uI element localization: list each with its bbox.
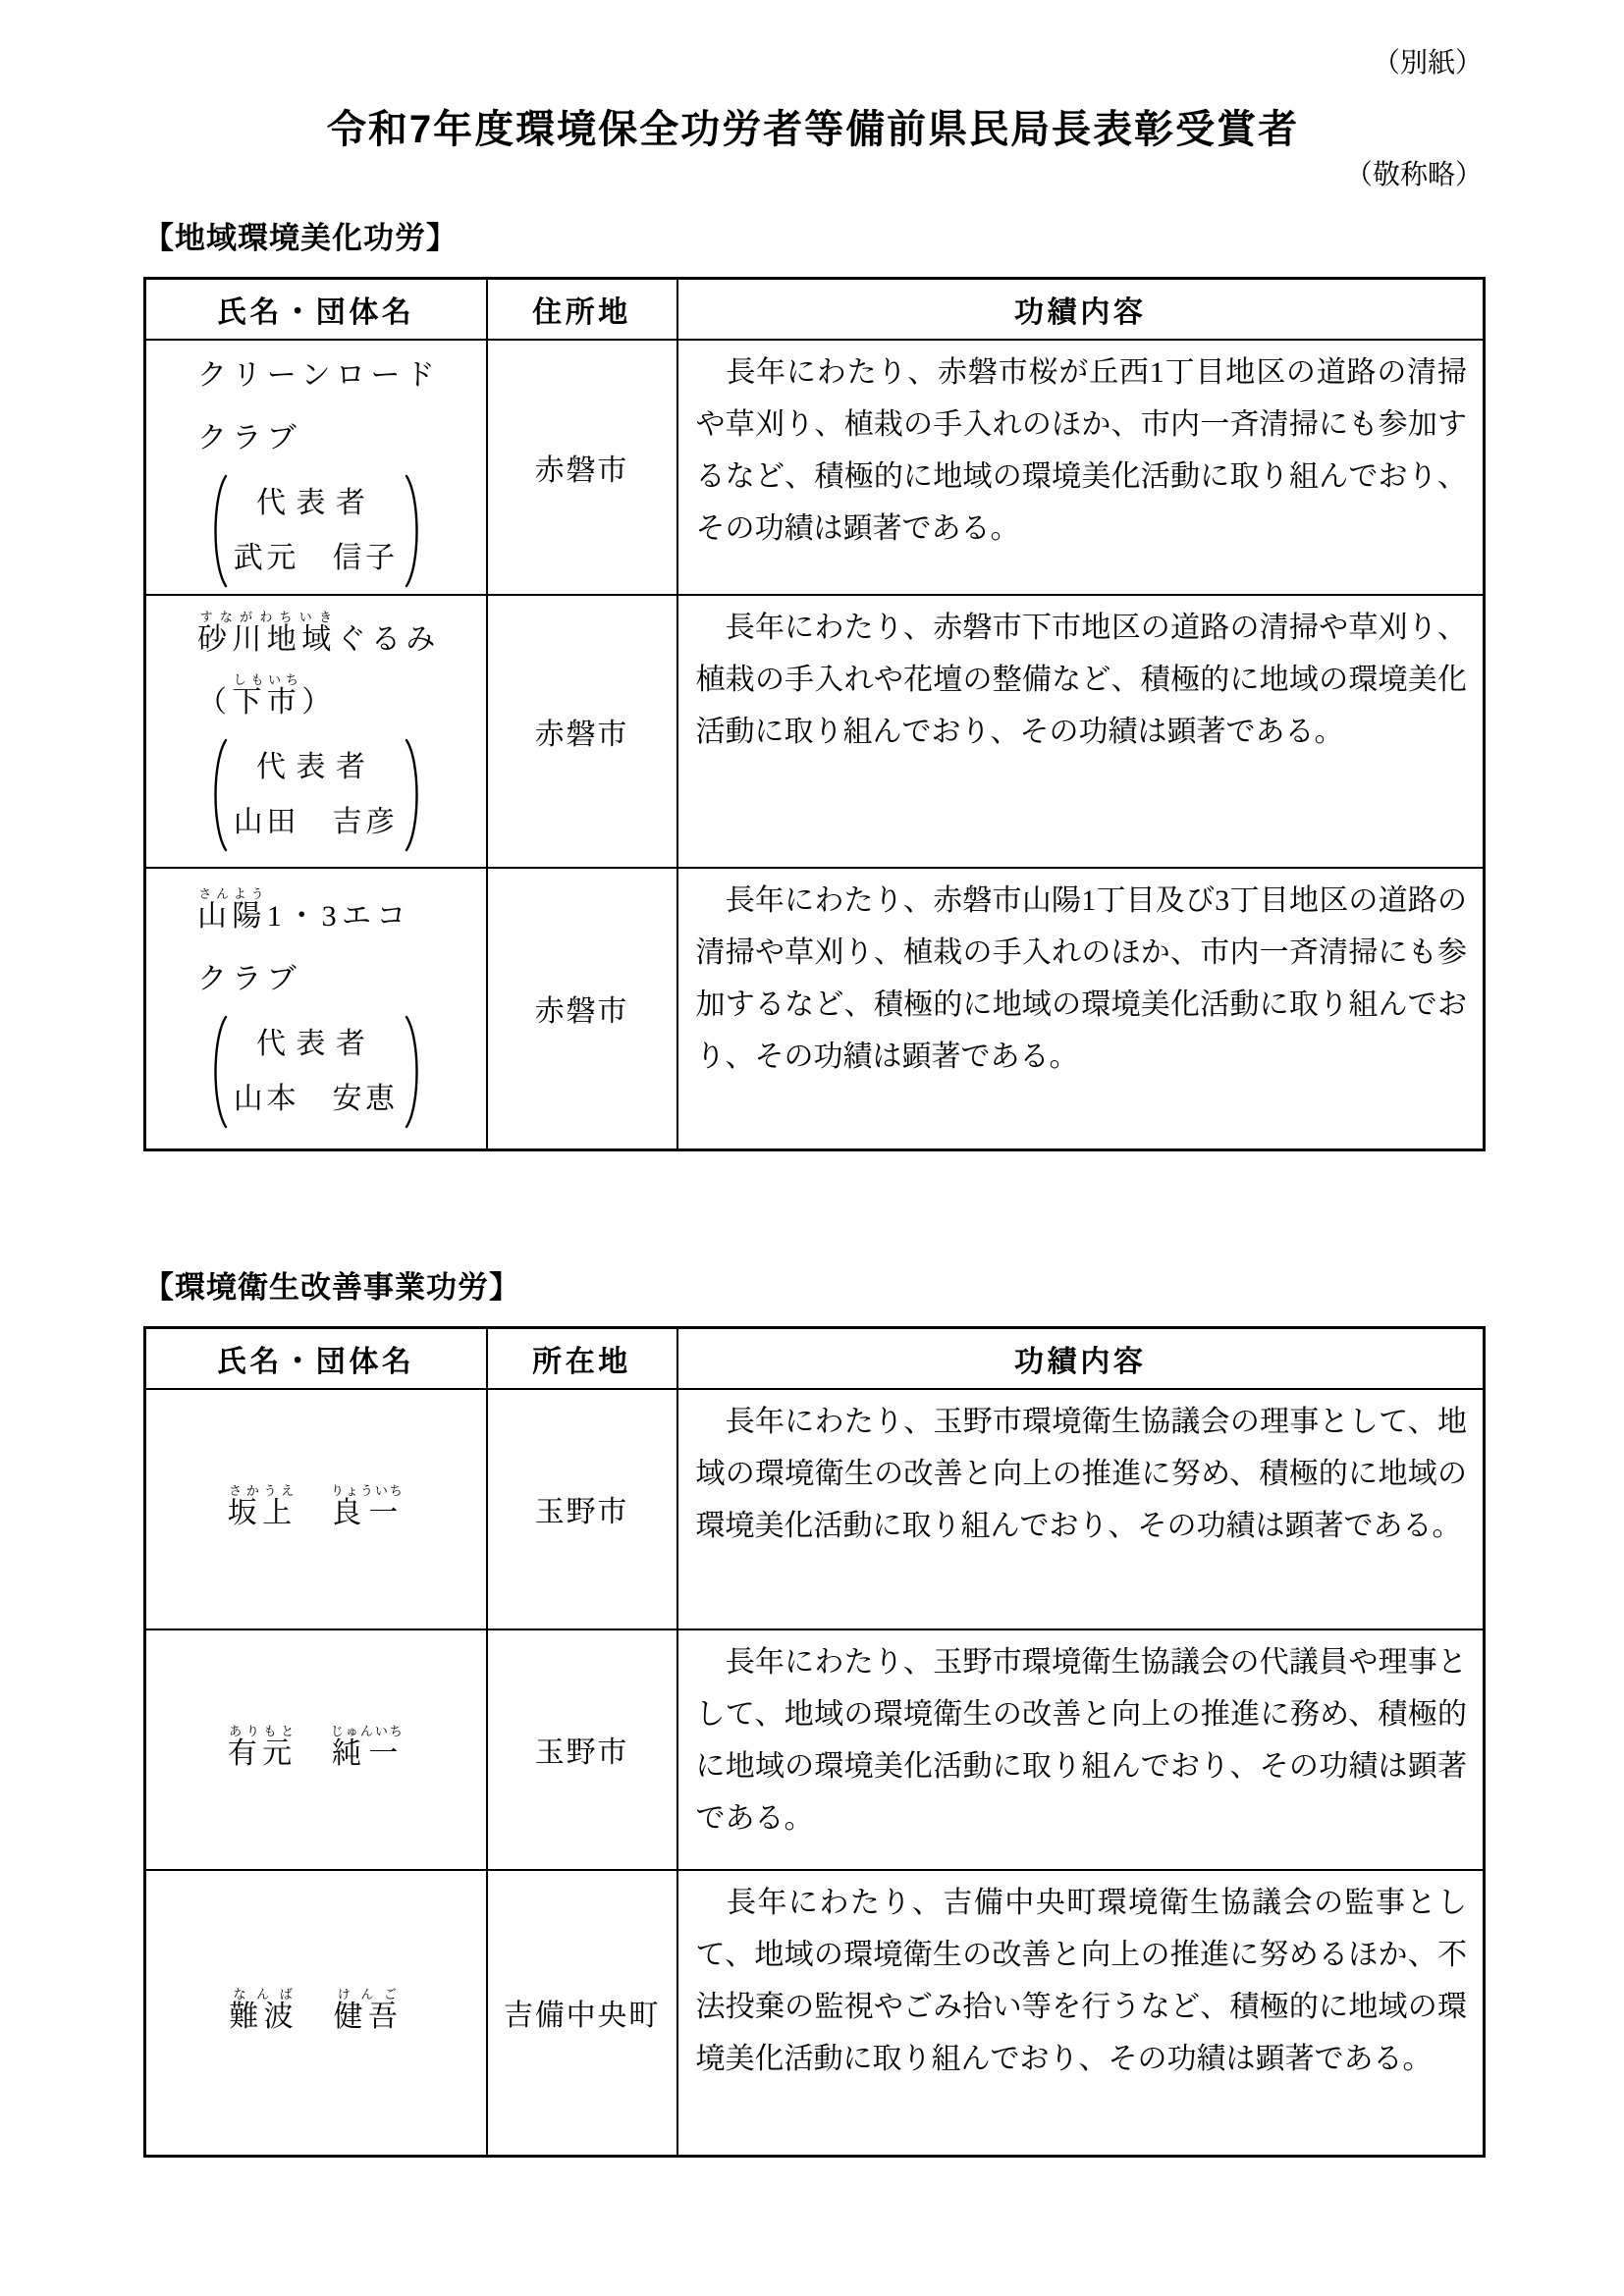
header-row: 氏名・団体名所在地功績内容 bbox=[145, 1328, 1485, 1389]
representative-block: 代表者山田 吉彦 bbox=[154, 736, 478, 854]
location-cell: 玉野市 bbox=[487, 1389, 677, 1629]
ruby-annotated-name: 純一じゅんいち bbox=[332, 1737, 405, 1770]
achievement-cell: 長年にわたり、赤磐市山陽1丁目及び3丁目地区の道路の清掃や草刈り、植栽の手入れの… bbox=[677, 868, 1485, 1150]
representative-label: 代表者 bbox=[234, 476, 399, 531]
table-header: 氏名・団体名住所地功績内容 bbox=[145, 279, 1485, 340]
organization-name-line: 砂川地域すながわちいきぐるみ bbox=[154, 609, 478, 671]
award-section: 【地域環境美化功労】氏名・団体名住所地功績内容クリーンロードクラブ代表者武元 信… bbox=[143, 218, 1483, 1151]
achievement-cell: 長年にわたり、赤磐市下市地区の道路の清掃や草刈り、植栽の手入れや花壇の整備など、… bbox=[677, 595, 1485, 868]
name-cell: 難波なんば 健吾けんご bbox=[145, 1870, 487, 2157]
representative-name: 山本 安恵 bbox=[234, 1072, 399, 1127]
location-cell: 赤磐市 bbox=[487, 595, 677, 868]
name-text bbox=[298, 1737, 332, 1770]
table-body: 坂上さかうえ 良一りょういち玉野市 長年にわたり、玉野市環境衛生協議会の理事とし… bbox=[145, 1389, 1485, 2157]
name-cell: 山陽さんよう1・3エコクラブ代表者山本 安恵 bbox=[145, 868, 487, 1150]
ruby-annotated-name: 下市しもいち bbox=[232, 686, 301, 719]
award-section: 【環境衛生改善事業功労】氏名・団体名所在地功績内容坂上さかうえ 良一りょういち玉… bbox=[143, 1267, 1483, 2158]
ruby-annotated-name: 坂上さかうえ bbox=[228, 1497, 298, 1529]
representative-label: 代表者 bbox=[234, 740, 399, 795]
person-name: 有元ありもと 純一じゅんいち bbox=[154, 1724, 478, 1776]
name-text: （ bbox=[197, 686, 232, 719]
name-cell: 砂川地域すながわちいきぐるみ（下市しもいち）代表者山田 吉彦 bbox=[145, 595, 487, 868]
right-paren-icon bbox=[403, 472, 426, 590]
attachment-note: （別紙） bbox=[143, 45, 1483, 80]
right-paren-icon bbox=[403, 1013, 426, 1131]
column-header-achievement: 功績内容 bbox=[677, 279, 1485, 340]
document-page: （別紙） 令和7年度環境保全功労者等備前県民局長表彰受賞者 （敬称略） 【地域環… bbox=[0, 0, 1624, 2296]
name-text bbox=[298, 1497, 332, 1529]
furigana: ありもと bbox=[228, 1724, 298, 1738]
table-row: 坂上さかうえ 良一りょういち玉野市 長年にわたり、玉野市環境衛生協議会の理事とし… bbox=[145, 1389, 1485, 1629]
name-text: クラブ bbox=[197, 422, 301, 454]
award-table: 氏名・団体名所在地功績内容坂上さかうえ 良一りょういち玉野市 長年にわたり、玉野… bbox=[143, 1326, 1486, 2158]
name-text: クラブ bbox=[197, 963, 301, 995]
sections-container: 【地域環境美化功労】氏名・団体名住所地功績内容クリーンロードクラブ代表者武元 信… bbox=[143, 218, 1483, 2158]
furigana: さんよう bbox=[197, 886, 267, 901]
location-cell: 吉備中央町 bbox=[487, 1870, 677, 2157]
furigana: さかうえ bbox=[228, 1483, 298, 1498]
furigana: りょういち bbox=[331, 1483, 405, 1498]
person-name: 坂上さかうえ 良一りょういち bbox=[154, 1483, 478, 1535]
location-cell: 赤磐市 bbox=[487, 340, 677, 595]
ruby-annotated-name: 健吾けんご bbox=[333, 2001, 403, 2033]
left-paren-icon bbox=[206, 736, 230, 854]
representative-lines: 代表者山田 吉彦 bbox=[234, 740, 399, 850]
representative-label: 代表者 bbox=[234, 1017, 399, 1072]
right-paren-icon bbox=[403, 736, 426, 854]
organization-name-line: 山陽さんよう1・3エコ bbox=[154, 885, 478, 948]
section-heading: 【環境衛生改善事業功労】 bbox=[143, 1267, 1483, 1308]
representative-lines: 代表者山本 安恵 bbox=[234, 1017, 399, 1127]
furigana: けんご bbox=[333, 1987, 403, 2002]
table-row: 山陽さんよう1・3エコクラブ代表者山本 安恵赤磐市 長年にわたり、赤磐市山陽1丁… bbox=[145, 868, 1485, 1150]
furigana: じゅんいち bbox=[331, 1724, 405, 1738]
honorific-note: （敬称略） bbox=[143, 157, 1483, 192]
table-row: 砂川地域すながわちいきぐるみ（下市しもいち）代表者山田 吉彦赤磐市 長年にわたり… bbox=[145, 595, 1485, 868]
ruby-annotated-name: 山陽さんよう bbox=[197, 900, 267, 933]
achievement-cell: 長年にわたり、玉野市環境衛生協議会の代議員や理事として、地域の環境衛生の改善と向… bbox=[677, 1629, 1485, 1870]
name-cell: クリーンロードクラブ代表者武元 信子 bbox=[145, 340, 487, 595]
column-header-name: 氏名・団体名 bbox=[145, 279, 487, 340]
table-row: 有元ありもと 純一じゅんいち玉野市 長年にわたり、玉野市環境衛生協議会の代議員や… bbox=[145, 1629, 1485, 1870]
left-paren-icon bbox=[206, 1013, 230, 1131]
furigana: すながわちいき bbox=[197, 610, 337, 624]
person-name: 難波なんば 健吾けんご bbox=[154, 1987, 478, 2039]
table-row: 難波なんば 健吾けんご吉備中央町 長年にわたり、吉備中央町環境衛生協議会の監事と… bbox=[145, 1870, 1485, 2157]
furigana: しもいち bbox=[232, 672, 301, 687]
column-header-name: 氏名・団体名 bbox=[145, 1328, 487, 1389]
representative-block: 代表者山本 安恵 bbox=[154, 1013, 478, 1131]
name-text: ぐるみ bbox=[337, 623, 441, 656]
award-table: 氏名・団体名住所地功績内容クリーンロードクラブ代表者武元 信子赤磐市 長年にわた… bbox=[143, 277, 1486, 1151]
furigana: なんば bbox=[229, 1987, 298, 2002]
document-title: 令和7年度環境保全功労者等備前県民局長表彰受賞者 bbox=[143, 104, 1483, 155]
organization-name-line: クリーンロード bbox=[154, 345, 478, 407]
table-body: クリーンロードクラブ代表者武元 信子赤磐市 長年にわたり、赤磐市桜が丘西1丁目地… bbox=[145, 340, 1485, 1150]
achievement-cell: 長年にわたり、赤磐市桜が丘西1丁目地区の道路の清掃や草刈り、植栽の手入れのほか、… bbox=[677, 340, 1485, 595]
section-heading: 【地域環境美化功労】 bbox=[143, 218, 1483, 259]
name-cell: 有元ありもと 純一じゅんいち bbox=[145, 1629, 487, 1870]
organization-name-line: クラブ bbox=[154, 407, 478, 470]
ruby-annotated-name: 有元ありもと bbox=[228, 1737, 298, 1770]
location-cell: 玉野市 bbox=[487, 1629, 677, 1870]
name-text bbox=[298, 2001, 333, 2033]
representative-name: 山田 吉彦 bbox=[234, 795, 399, 850]
ruby-annotated-name: 良一りょういち bbox=[332, 1497, 405, 1529]
left-paren-icon bbox=[206, 472, 230, 590]
name-text: 1・3エコ bbox=[267, 900, 411, 933]
column-header-achievement: 功績内容 bbox=[677, 1328, 1485, 1389]
table-row: クリーンロードクラブ代表者武元 信子赤磐市 長年にわたり、赤磐市桜が丘西1丁目地… bbox=[145, 340, 1485, 595]
ruby-annotated-name: 難波なんば bbox=[229, 2001, 298, 2033]
column-header-location: 住所地 bbox=[487, 279, 677, 340]
ruby-annotated-name: 砂川地域すながわちいき bbox=[197, 623, 337, 656]
name-cell: 坂上さかうえ 良一りょういち bbox=[145, 1389, 487, 1629]
organization-name-line: クラブ bbox=[154, 948, 478, 1011]
column-header-location: 所在地 bbox=[487, 1328, 677, 1389]
achievement-cell: 長年にわたり、吉備中央町環境衛生協議会の監事として、地域の環境衛生の改善と向上の… bbox=[677, 1870, 1485, 2157]
representative-name: 武元 信子 bbox=[234, 531, 399, 586]
representative-lines: 代表者武元 信子 bbox=[234, 476, 399, 586]
organization-name-line: （下市しもいち） bbox=[154, 671, 478, 734]
location-cell: 赤磐市 bbox=[487, 868, 677, 1150]
achievement-cell: 長年にわたり、玉野市環境衛生協議会の理事として、地域の環境衛生の改善と向上の推進… bbox=[677, 1389, 1485, 1629]
table-header: 氏名・団体名所在地功績内容 bbox=[145, 1328, 1485, 1389]
header-row: 氏名・団体名住所地功績内容 bbox=[145, 279, 1485, 340]
representative-block: 代表者武元 信子 bbox=[154, 472, 478, 590]
name-text: ） bbox=[301, 686, 336, 719]
name-text: クリーンロード bbox=[197, 359, 440, 392]
